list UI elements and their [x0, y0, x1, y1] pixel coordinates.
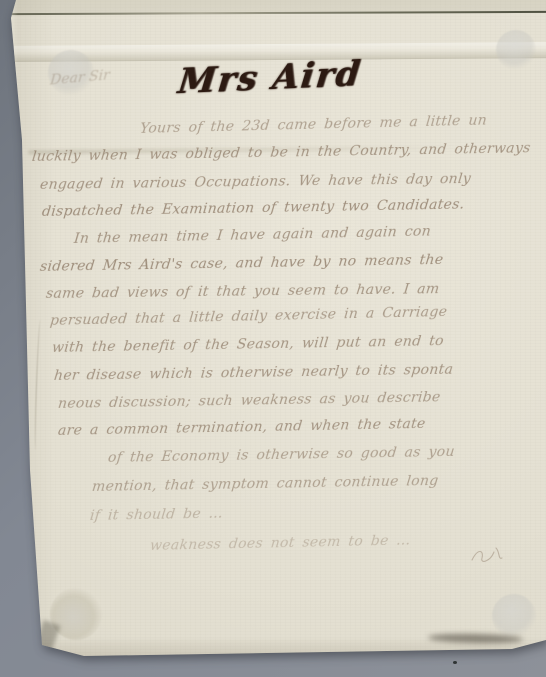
corner-smudge-bottom-left [33, 620, 60, 654]
wafer-seal-mark-top-right [496, 30, 536, 70]
wafer-seal-mark-bottom-right [492, 594, 536, 638]
handwriting-line: if it should be … [89, 506, 224, 524]
photograph-background: Mrs Aird Dear Sir Yours of the 23d came … [0, 0, 546, 677]
letter-title: Mrs Aird [176, 54, 364, 102]
background-speck [453, 661, 457, 664]
ink-flourish [470, 544, 504, 566]
letter-paper: Mrs Aird Dear Sir Yours of the 23d came … [0, 0, 546, 677]
left-edge-shading [0, 0, 60, 677]
letter-paper-shadow: Mrs Aird Dear Sir Yours of the 23d came … [0, 0, 546, 677]
